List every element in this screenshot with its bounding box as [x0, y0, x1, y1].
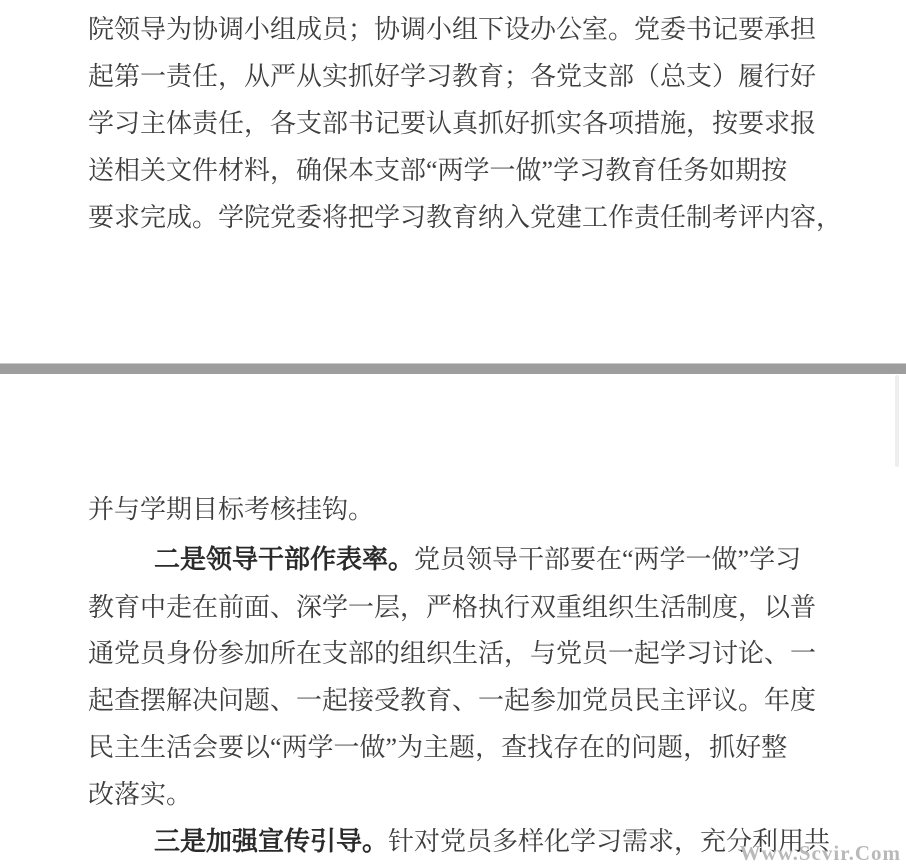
text-line: 改落实。: [88, 779, 858, 811]
lead-emphasis: 三是加强宣传引导。: [154, 827, 388, 856]
line-text: 起查摆解决问题、一起接受教育、一起参加党员民主评议。年度: [88, 686, 816, 715]
text-line: 通党员身份参加所在支部的组织生活，与党员一起学习讨论、一: [88, 638, 858, 670]
text-line: 二是领导干部作表率。党员领导干部要在“两学一做”学习: [88, 544, 906, 576]
text-line: 起第一责任，从严从实抓好学习教育；各党支部（总支）履行好: [88, 61, 858, 93]
line-text: 通党员身份参加所在支部的组织生活，与党员一起学习讨论、一: [88, 639, 816, 668]
document-viewer: 院领导为协调小组成员；协调小组下设办公室。党委书记要承担 起第一责任，从严从实抓…: [0, 0, 906, 866]
line-text: 民主生活会要以“两学一做”为主题，查找存在的问题，抓好整: [88, 733, 787, 762]
text-line: 起查摆解决问题、一起接受教育、一起参加党员民主评议。年度: [88, 685, 858, 717]
line-text: 教育中走在前面、深学一层，严格执行双重组织生活制度，以普: [88, 593, 816, 622]
scan-artifact-line: [895, 375, 899, 467]
text-line: 并与学期目标考核挂钩。: [88, 494, 858, 526]
text-line: 送相关文件材料，确保本支部“两学一做”学习教育任务如期按: [88, 155, 858, 187]
page-divider: [0, 363, 906, 374]
line-text: 改落实。: [88, 780, 192, 809]
line-text: 并与学期目标考核挂钩。: [88, 495, 374, 524]
text-line: 学习主体责任，各支部书记要认真抓好抓实各项措施，按要求报: [88, 108, 858, 140]
text-line: 教育中走在前面、深学一层，严格执行双重组织生活制度，以普: [88, 592, 858, 624]
watermark: Www.Scvir.Com: [739, 841, 901, 866]
text-line: 要求完成。学院党委将把学习教育纳入党建工作责任制考评内容，: [88, 202, 858, 234]
text-line: 院领导为协调小组成员；协调小组下设办公室。党委书记要承担: [88, 14, 858, 46]
line-text: 党员领导干部要在“两学一做”学习: [414, 545, 801, 574]
text-line: 民主生活会要以“两学一做”为主题，查找存在的问题，抓好整: [88, 732, 858, 764]
lead-emphasis: 二是领导干部作表率。: [154, 545, 414, 574]
